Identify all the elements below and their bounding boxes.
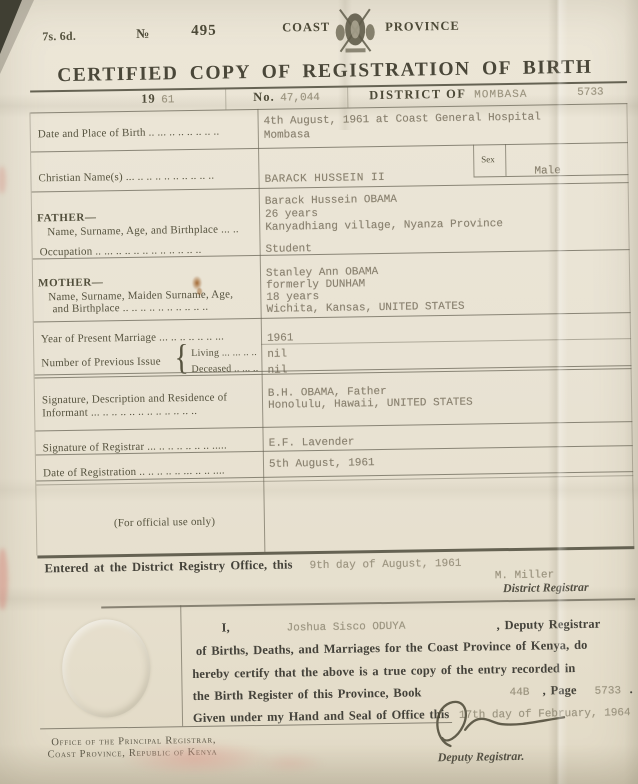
office-line-2: Coast Province, Republic of Kenya — [47, 747, 217, 761]
region-coast-label: COAST — [282, 20, 330, 36]
certification-i-printed: I, — [221, 620, 229, 635]
district-registrar-title: District Registrar — [503, 580, 589, 596]
field-value-sex: Male — [534, 164, 561, 179]
divider — [35, 421, 632, 431]
birth-certificate-document: 7s. 6d. № 495 COAST PROVINCE CERTIFIED C… — [0, 0, 638, 784]
field-label-year-of-marriage: Year of Present Marriage ... .. .. .. ..… — [41, 331, 224, 348]
entered-statement-printed: Entered at the District Registry Office,… — [45, 557, 293, 576]
deputy-registrar-title: Deputy Registrar. — [438, 749, 525, 765]
table-right-border — [626, 103, 634, 546]
year-typed: 61 — [161, 93, 174, 108]
sex-cell-border — [505, 144, 507, 176]
corner-reference-number: 5733 — [577, 86, 604, 101]
certification-line-3: hereby certify that the above is a true … — [192, 661, 575, 682]
deputy-registrar-name-typed: Joshua Sisco ODUYA — [286, 620, 405, 636]
year-printed: 19 — [141, 92, 156, 107]
sex-cell-border — [473, 145, 475, 177]
certification-line-5: Given under my Hand and Seal of Office t… — [193, 704, 638, 727]
region-province-label: PROVINCE — [385, 19, 460, 35]
field-label-mother-details-2: and Birthplace .. .. .. .. .. .. .. .. .… — [52, 301, 208, 317]
table-left-border — [29, 113, 37, 556]
field-label-living: Living ... ... .. .. — [191, 347, 257, 361]
field-label-father-details: Name, Surname, Age, and Birthplace ... .… — [47, 223, 239, 240]
field-value-living: nil — [267, 348, 287, 363]
entry-no-label: No. — [253, 90, 275, 105]
certification-line-1: I, Joshua Sisco ODUYA , Deputy Registrar — [191, 614, 636, 637]
deputy-registrar-signature — [430, 694, 571, 757]
printed-content: 7s. 6d. № 495 COAST PROVINCE CERTIFIED C… — [0, 0, 638, 784]
field-value-birth-line1: 4th August, 1961 at Coast General Hospit… — [264, 110, 541, 129]
coat-of-arms-icon — [331, 4, 380, 62]
field-label-sex: Sex — [481, 154, 495, 164]
serial-number-label: № — [136, 26, 150, 42]
district-label: DISTRICT OF — [369, 87, 466, 104]
page-number-typed: 5733 — [595, 684, 622, 699]
divider — [347, 87, 348, 108]
section-heading-mother: MOTHER— — [38, 276, 104, 290]
field-label-previous-issue: Number of Previous Issue — [41, 355, 161, 371]
field-value-informant-2: Honolulu, Hawaii, UNITED STATES — [268, 396, 473, 414]
section-heading-father: FATHER— — [37, 211, 97, 225]
field-value-date-of-registration: 5th August, 1961 — [269, 456, 375, 472]
field-label-date-place-of-birth: Date and Place of Birth .. ... .. .. .. … — [38, 126, 220, 143]
embossed-seal — [61, 619, 151, 718]
certification-line-2: of Births, Deaths, and Marriages for the… — [196, 638, 588, 659]
official-use-note: (For official use only) — [114, 516, 215, 531]
divider — [261, 338, 631, 345]
fee-stamp: 7s. 6d. — [42, 29, 76, 45]
district-value: MOMBASA — [474, 88, 527, 103]
certification-book-printed: the Birth Register of this Province, Boo… — [193, 685, 422, 704]
divider — [37, 546, 634, 558]
divider — [31, 142, 628, 152]
certification-deputy-suffix: , Deputy Registrar — [496, 617, 600, 634]
entry-no-value: 47,044 — [280, 91, 320, 106]
field-value-birth-line2: Mombasa — [264, 128, 310, 143]
field-label-christian-names: Christian Name(s) ... .. .. .. .. .. .. … — [38, 170, 214, 187]
field-value-father-birthplace: Kanyadhiang village, Nyanza Province — [265, 217, 503, 235]
divider — [225, 88, 226, 109]
divider — [101, 598, 635, 608]
certification-line-4: the Birth Register of this Province, Boo… — [193, 682, 638, 705]
entered-statement-typed: 9th day of August, 1961 — [309, 557, 461, 574]
serial-number: 495 — [191, 23, 217, 40]
certification-left-border — [180, 605, 183, 726]
field-label-informant-2: Informant ... .. .. .. .. .. .. .. .. ..… — [42, 405, 197, 421]
certification-period: . — [629, 682, 632, 697]
field-value-christian-names: BARACK HUSSEIN II — [264, 171, 385, 187]
